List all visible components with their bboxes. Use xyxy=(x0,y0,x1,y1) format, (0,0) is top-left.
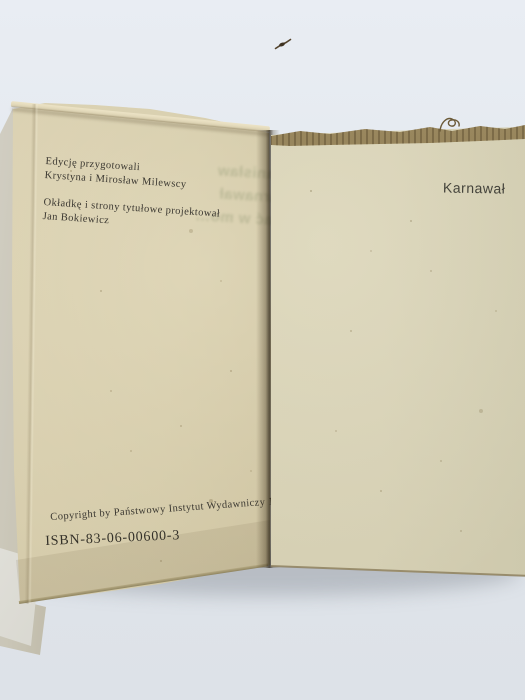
dust-speck xyxy=(274,38,292,51)
paper-foxing-spots xyxy=(310,190,312,192)
paper-fiber xyxy=(438,115,462,135)
half-title: Karnawał xyxy=(443,179,506,196)
photo-of-open-book: Stanisław Karnawał …ać w mo… Edycję przy… xyxy=(0,0,525,700)
